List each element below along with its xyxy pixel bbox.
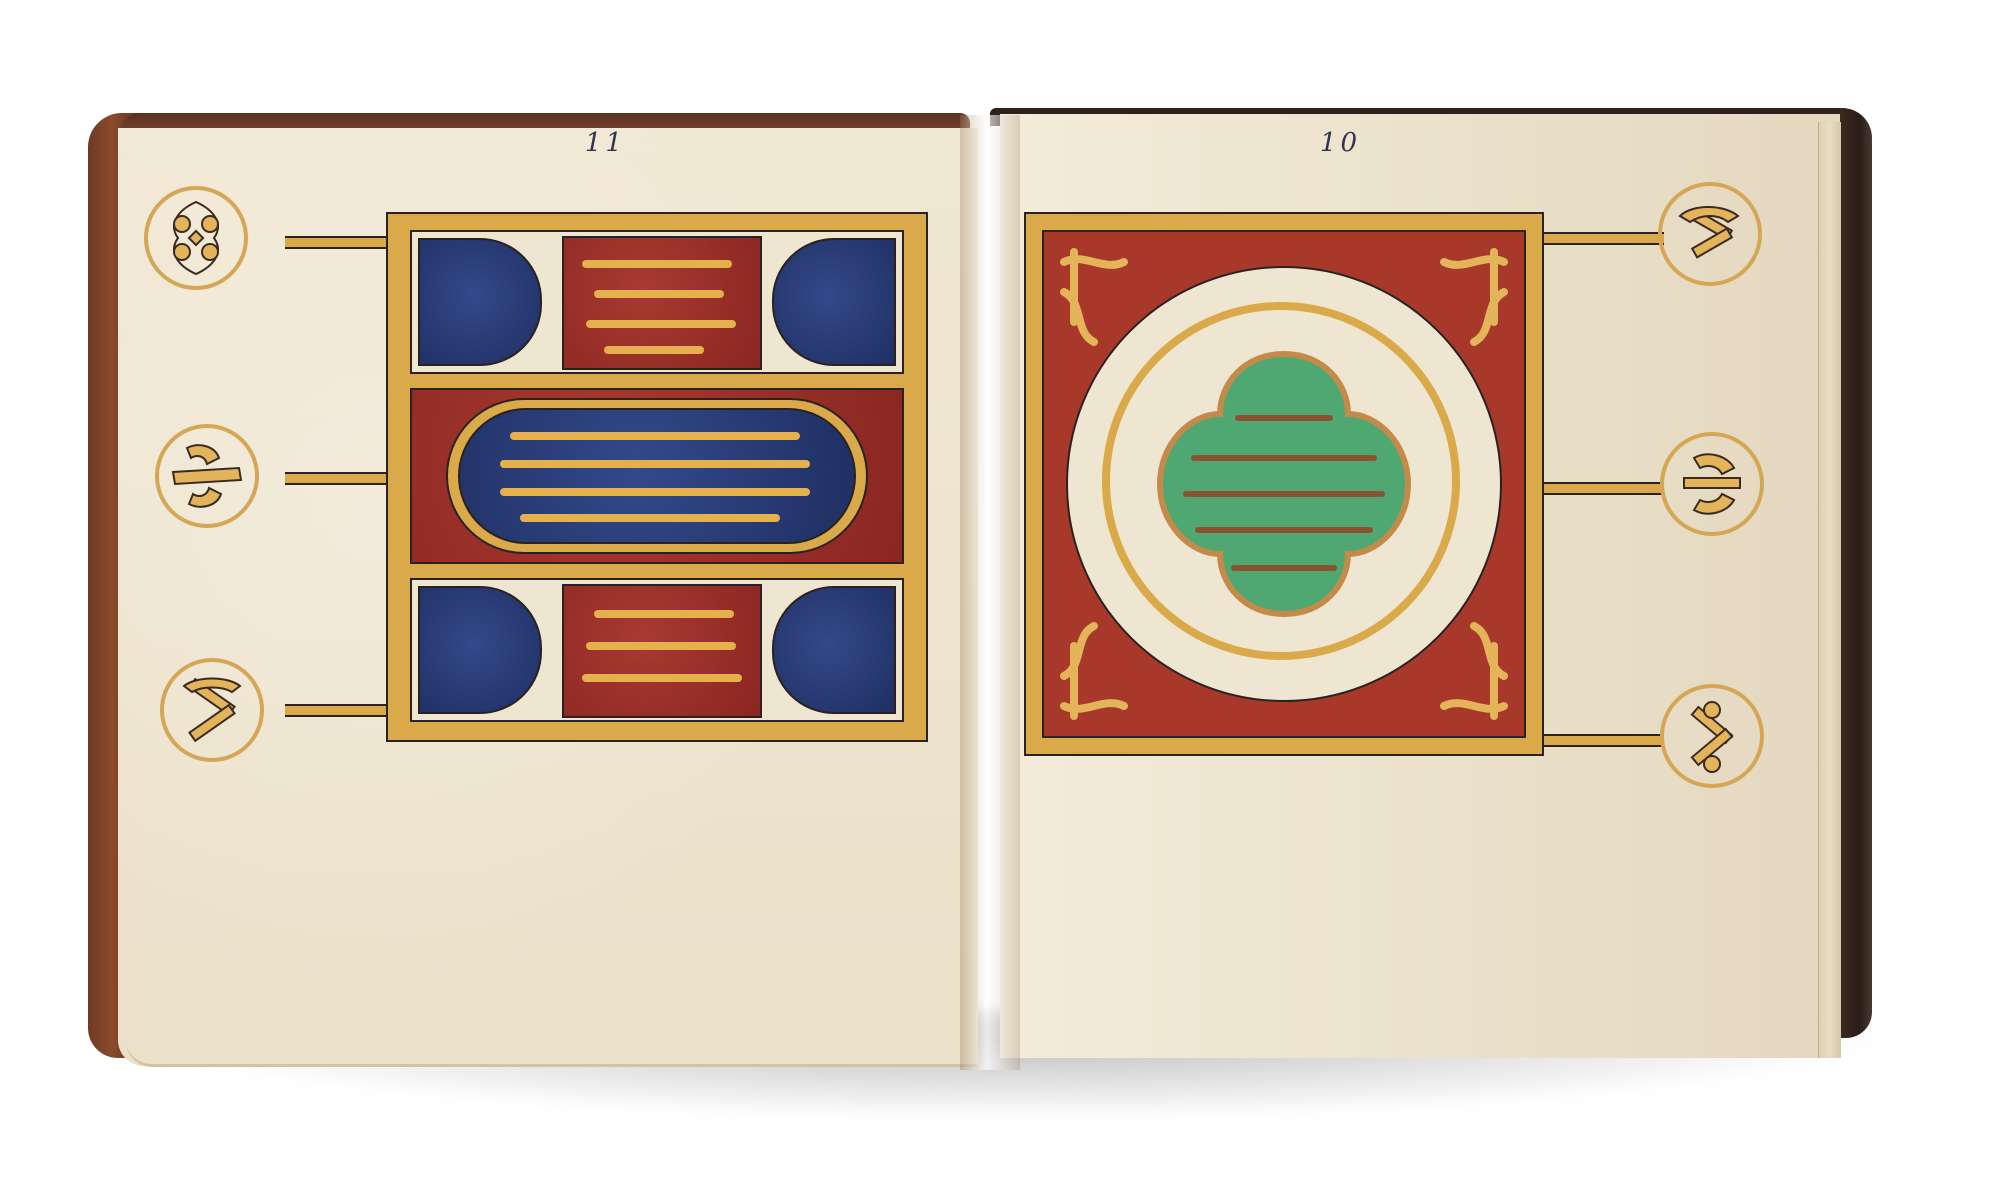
register-bottom (410, 578, 904, 722)
medallion-ornament (160, 658, 264, 762)
arabesque-icon (1662, 186, 1758, 282)
binding-right (1840, 108, 1872, 1038)
right-page-stack (1818, 122, 1841, 1058)
calligraphy-lines (564, 238, 760, 368)
page-number-right: 10 (1320, 128, 1361, 158)
medallion-ornament (1660, 684, 1764, 788)
medallion-ornament (1658, 182, 1762, 286)
arabesque-icon (1664, 688, 1760, 784)
medallion-ornament (1660, 432, 1764, 536)
page-number-left: 11 (585, 128, 626, 158)
calligraphy-lines (460, 410, 854, 542)
medallion-stem (1544, 232, 1664, 245)
medallion-stem (1544, 482, 1664, 495)
cartouche-frame (446, 398, 868, 554)
arabesque-icon (148, 190, 244, 286)
arabesque-icon (159, 428, 255, 524)
right-illumination-panel (1024, 212, 1544, 757)
medallion-stem (1544, 734, 1664, 747)
medallion-ornament (155, 424, 259, 528)
left-page-edge (126, 1040, 978, 1067)
roundel-blue (418, 586, 542, 714)
left-illumination-panel (386, 212, 928, 742)
arabesque-icon (164, 662, 260, 758)
quatrefoil (1068, 268, 1500, 700)
calligraphy-panel-red (562, 584, 762, 718)
arabesque-icon (1664, 436, 1760, 532)
roundel-blue (772, 238, 896, 366)
roundel-blue (772, 586, 896, 714)
register-top (410, 230, 904, 374)
cartouche-blue (458, 408, 856, 544)
medallion-stem (285, 236, 395, 249)
medallion-stem (285, 472, 395, 485)
gutter (960, 115, 1020, 1070)
medallion-ornament (144, 186, 248, 290)
red-field (1042, 230, 1526, 738)
calligraphy-panel-red (562, 236, 762, 370)
register-middle (410, 388, 904, 564)
calligraphy-lines (564, 586, 760, 716)
outer-ring (1066, 266, 1502, 702)
roundel-blue (418, 238, 542, 366)
medallion-stem (285, 704, 395, 717)
